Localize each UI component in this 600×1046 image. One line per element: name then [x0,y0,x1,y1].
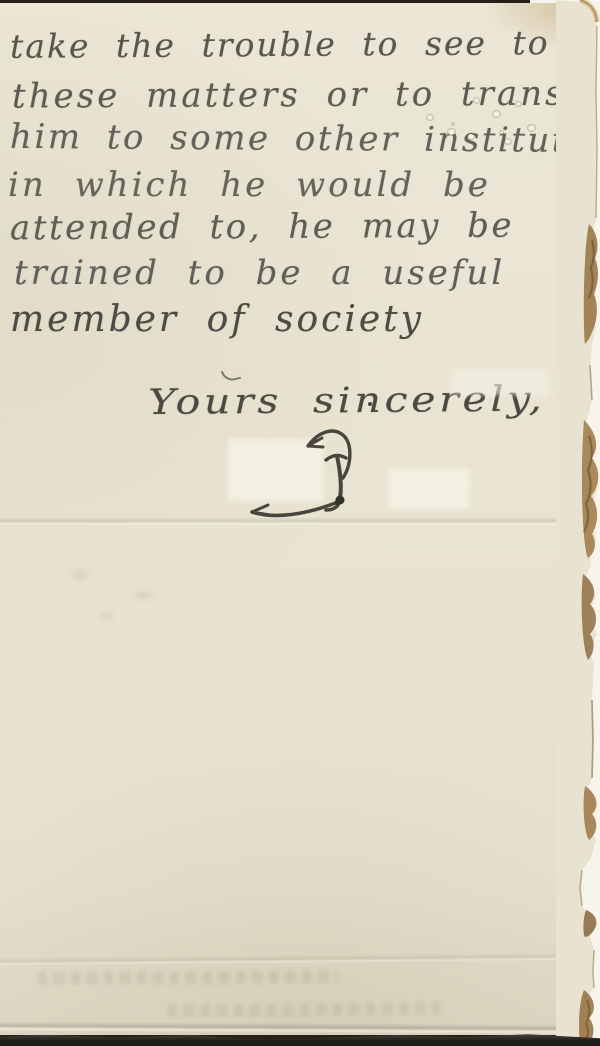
fold-crease [0,952,600,965]
ink-stroke [221,367,241,383]
handwriting-line-5: attended to, he may be [10,206,514,249]
ink-dot [368,402,372,406]
pinhole [474,98,479,103]
signature-ink-blob [335,499,341,505]
light-patch [388,469,470,509]
handwriting-line-4: in which he would be [8,165,491,205]
faint-smudge [26,549,206,633]
handwriting-line-7: member of society [10,299,424,340]
paper-sheet: take the trouble to see to these matters… [0,3,600,1035]
handwriting-line-1: take the trouble to see to [10,23,550,66]
light-patch [452,369,548,395]
handwriting-line-6: trained to be a useful [14,253,505,293]
pinhole [528,125,535,131]
letter-scan: take the trouble to see to these matters… [0,0,600,1046]
torn-right-edge [556,0,600,1046]
show-through-text [38,970,338,985]
signature-initial [230,420,380,530]
handwriting-line-2: these matters or to transfer [12,73,600,116]
pinhole [427,115,433,120]
dark-speck [452,123,454,125]
edge-line [596,26,597,218]
pinhole [505,139,511,144]
handwriting-line-3: him to some other institution [10,117,600,161]
pinhole [448,129,455,135]
fold-crease [0,1021,600,1034]
pinhole [468,134,474,139]
dark-speck [500,131,503,134]
show-through-text [168,1002,440,1018]
pinhole [493,111,500,117]
pinhole [516,102,521,106]
